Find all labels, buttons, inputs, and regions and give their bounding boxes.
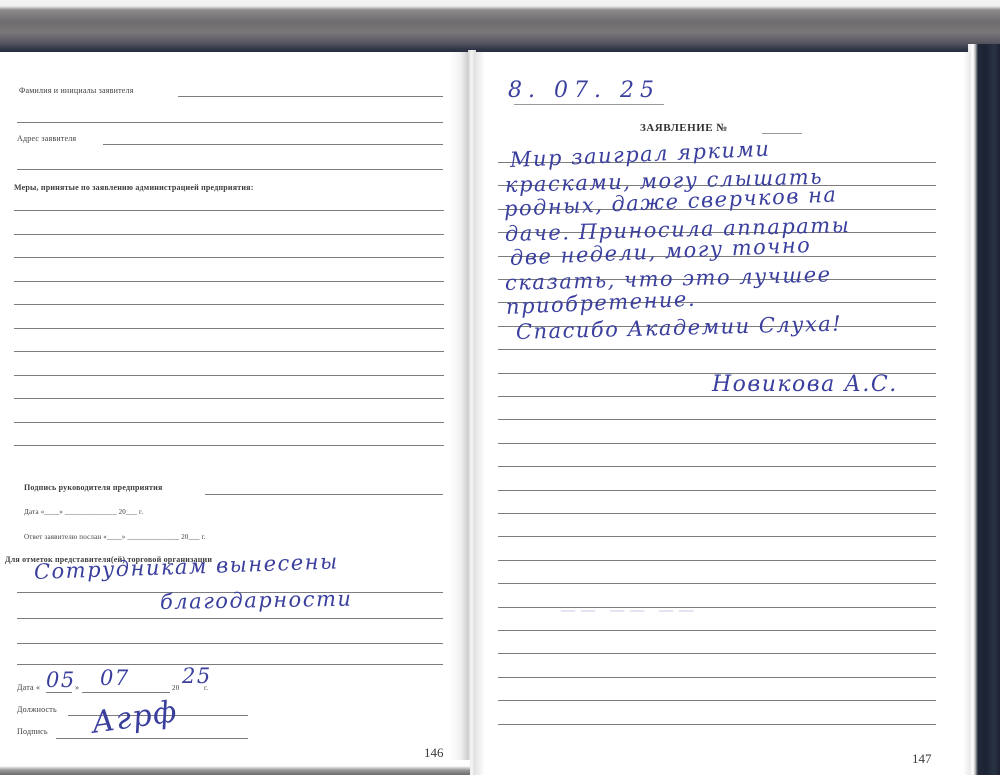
applicant-name-label: Фамилия и инициалы заявителя [19,86,134,95]
measures-line[interactable] [14,257,444,258]
date2-prefix: Дата « [17,683,40,692]
statement-line[interactable] [498,677,936,678]
statement-line[interactable] [498,724,936,725]
measures-line[interactable] [14,210,444,211]
date2-year-prefix: 20 [172,684,179,692]
trade-rep-line-3[interactable] [17,643,443,644]
measures-line[interactable] [14,351,444,352]
left-page-number: 146 [424,745,444,761]
handwritten-date2-day: 05 [46,668,76,692]
measures-line[interactable] [14,445,444,446]
measures-line[interactable] [14,398,444,399]
trade-rep-line-4[interactable] [17,664,443,665]
statement-line[interactable] [498,536,936,537]
handwritten-rep-note-line2: благодарности [160,587,353,614]
applicant-address-line[interactable] [103,144,443,145]
applicant-address-label: Адрес заявителя [17,134,76,143]
handwritten-date2-month: 07 [100,666,130,690]
date-label: Дата «____» ______________ 20___ г. [24,508,143,516]
manager-signature-label: Подпись руководителя предприятия [24,483,163,492]
statement-line[interactable] [498,653,936,654]
statement-line[interactable] [498,700,936,701]
measures-line[interactable] [14,375,444,376]
statement-line[interactable] [498,419,936,420]
book-cover-top-edge [0,0,1000,55]
date2-year-suffix: г. [204,684,208,692]
statement-line[interactable] [498,466,936,467]
signature-line[interactable] [56,738,248,739]
date2-mid: » [75,683,79,692]
measures-line[interactable] [14,328,444,329]
page-bottom-edge [0,760,470,775]
applicant-address-line-2[interactable] [17,169,443,170]
date2-month-line[interactable] [82,692,170,693]
statement-line[interactable] [498,513,936,514]
handwritten-signature-right: Новикова А.С. [712,372,898,397]
statement-line[interactable] [498,630,936,631]
measures-line[interactable] [14,281,444,282]
statement-line[interactable] [498,349,936,350]
statement-line[interactable] [498,583,936,584]
statement-heading: ЗАЯВЛЕНИЕ № [640,122,728,134]
position-label: Должность [17,705,57,714]
measures-line[interactable] [14,234,444,235]
date-line[interactable] [514,104,664,105]
manager-signature-line[interactable] [205,494,443,495]
book-cover-right-edge [968,44,1000,775]
statement-line[interactable] [498,443,936,444]
measures-line[interactable] [14,304,444,305]
measures-label: Меры, принятые по заявлению администраци… [14,183,254,192]
applicant-name-line-2[interactable] [17,122,443,123]
trade-rep-line-2[interactable] [17,618,443,619]
statement-number-line[interactable] [762,133,802,134]
statement-line[interactable] [498,560,936,561]
statement-line[interactable] [498,490,936,491]
right-page-number: 147 [912,751,932,767]
date2-day-line[interactable] [46,692,72,693]
handwritten-date: 8. 07. 25 [508,78,660,103]
measures-line[interactable] [14,422,444,423]
left-page [0,52,468,775]
reply-sent-label: Ответ заявителю послан «____» __________… [24,533,206,541]
signature-label: Подпись [17,727,48,736]
bleed-through-text: —— —— —— [560,600,698,619]
applicant-name-line[interactable] [178,96,443,97]
